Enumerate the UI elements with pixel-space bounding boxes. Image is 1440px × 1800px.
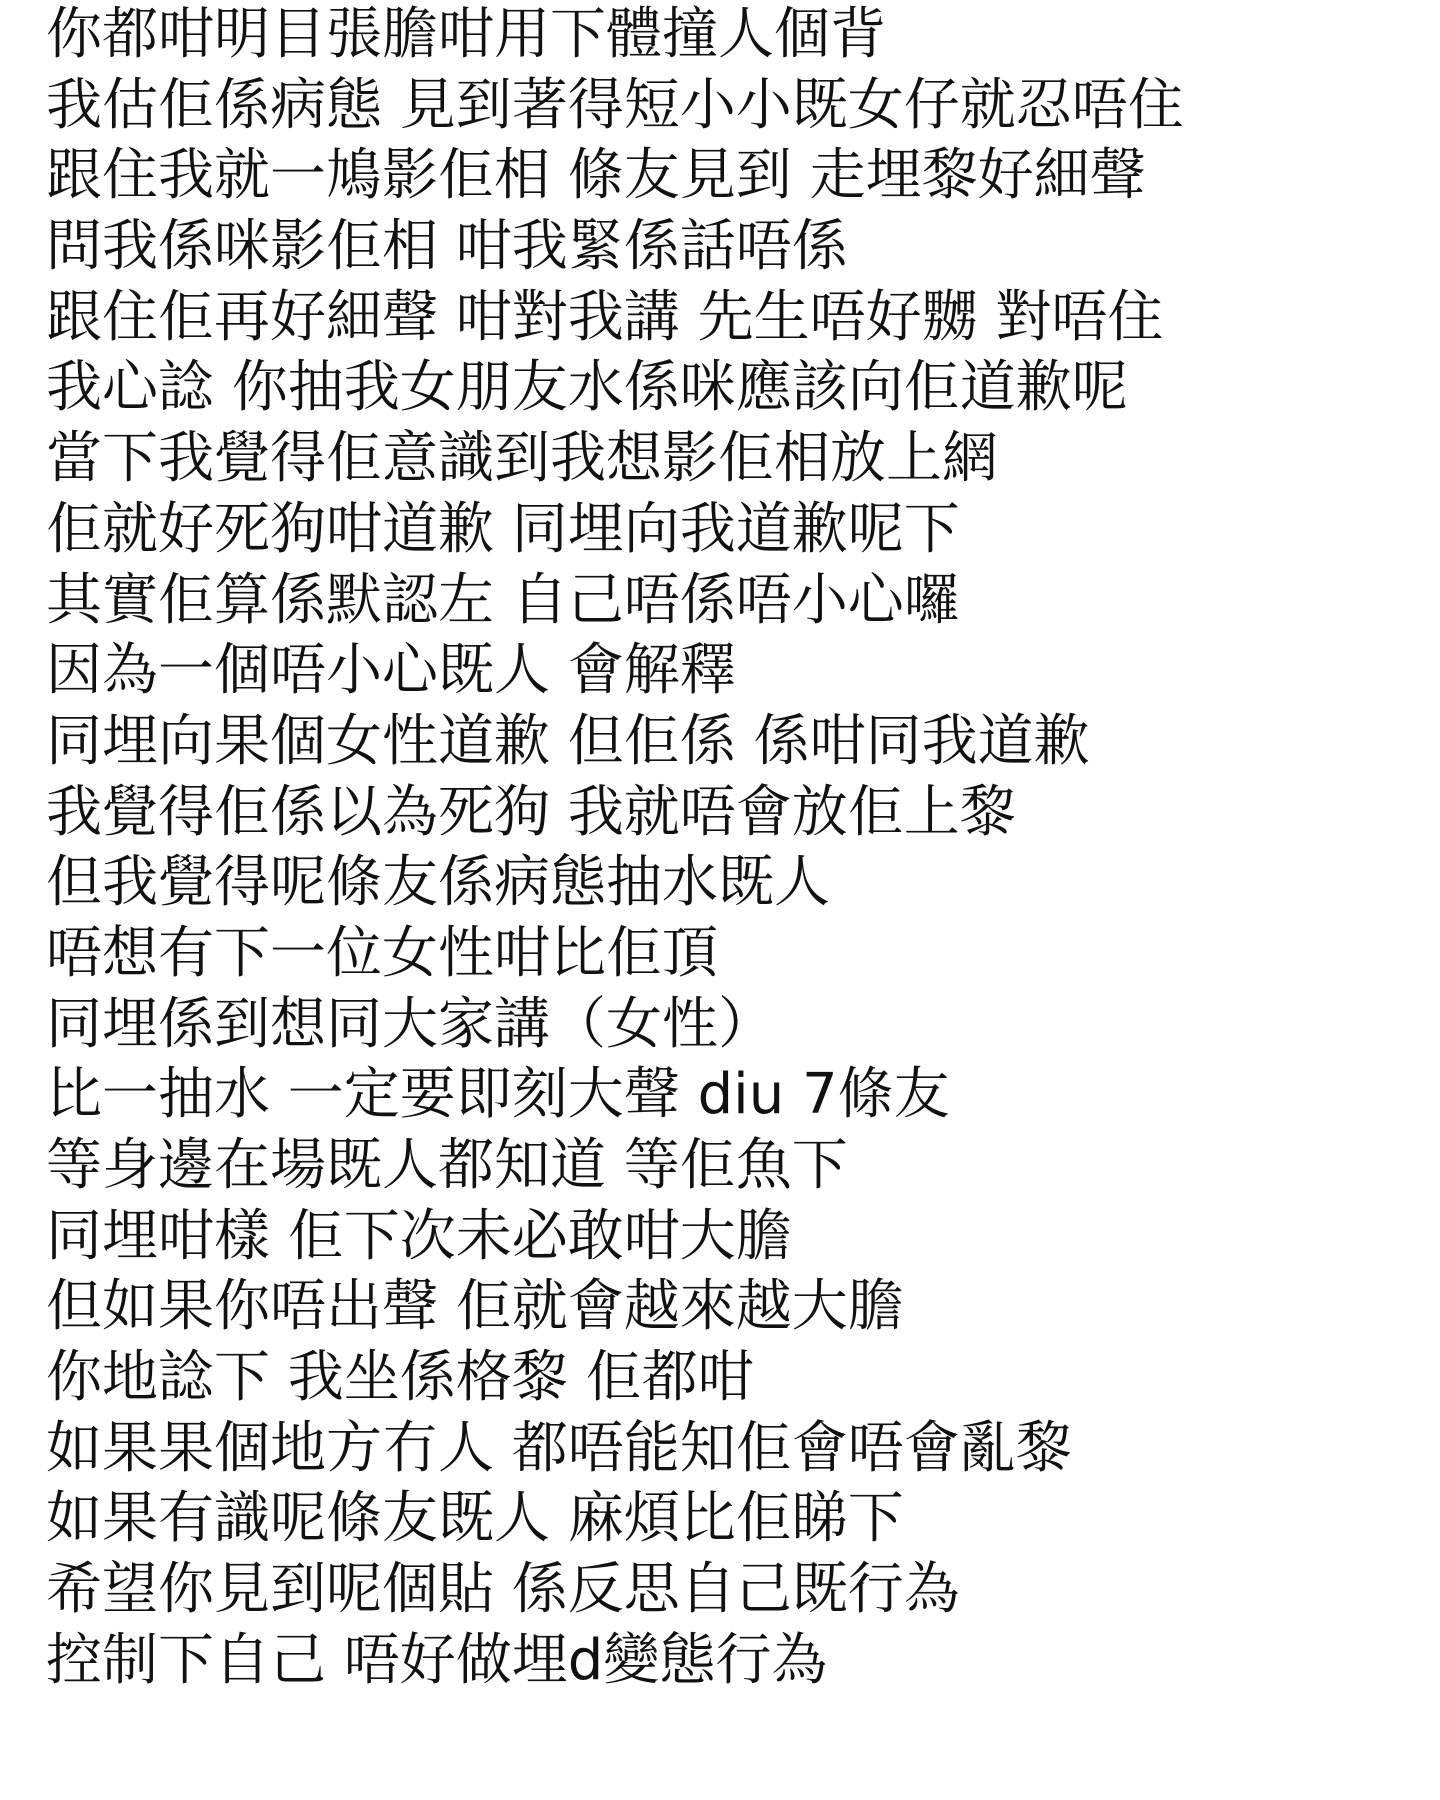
text-line-3: 跟住我就一鳩影佢相 條友見到 走埋黎好細聲 bbox=[46, 141, 1426, 212]
text-line-6: 我心諗 你抽我女朋友水係咪應該向佢道歉呢 bbox=[46, 353, 1426, 424]
text-line-20: 你地諗下 我坐係格黎 佢都咁 bbox=[46, 1343, 1426, 1414]
text-line-9: 其實佢算係默認左 自己唔係唔小心囉 bbox=[46, 566, 1426, 637]
text-line-24: 控制下自己 唔好做埋d變態行為 bbox=[46, 1626, 1426, 1697]
text-line-15: 同埋係到想同大家講（女性） bbox=[46, 990, 1426, 1061]
text-line-13: 但我覺得呢條友係病態抽水既人 bbox=[46, 848, 1426, 919]
text-line-7: 當下我覺得佢意識到我想影佢相放上網 bbox=[46, 424, 1426, 495]
text-line-19: 但如果你唔出聲 佢就會越來越大膽 bbox=[46, 1272, 1426, 1343]
text-line-21: 如果果個地方冇人 都唔能知佢會唔會亂黎 bbox=[46, 1414, 1426, 1485]
text-line-14: 唔想有下一位女性咁比佢頂 bbox=[46, 919, 1426, 990]
text-line-5: 跟住佢再好細聲 咁對我講 先生唔好嬲 對唔住 bbox=[46, 283, 1426, 354]
text-line-8: 佢就好死狗咁道歉 同埋向我道歉呢下 bbox=[46, 495, 1426, 566]
post-text-body: 你都咁明目張膽咁用下體撞人個背 我估佢係病態 見到著得短小小既女仔就忍唔住 跟住… bbox=[46, 0, 1426, 1697]
text-line-22: 如果有識呢條友既人 麻煩比佢睇下 bbox=[46, 1484, 1426, 1555]
text-line-18: 同埋咁樣 佢下次未必敢咁大膽 bbox=[46, 1202, 1426, 1273]
text-line-16: 比一抽水 一定要即刻大聲 diu 7條友 bbox=[46, 1060, 1426, 1131]
text-line-2: 我估佢係病態 見到著得短小小既女仔就忍唔住 bbox=[46, 71, 1426, 142]
text-line-4: 問我係咪影佢相 咁我緊係話唔係 bbox=[46, 212, 1426, 283]
text-line-1: 你都咁明目張膽咁用下體撞人個背 bbox=[46, 0, 1426, 71]
text-line-12: 我覺得佢係以為死狗 我就唔會放佢上黎 bbox=[46, 778, 1426, 849]
text-line-11: 同埋向果個女性道歉 但佢係 係咁同我道歉 bbox=[46, 707, 1426, 778]
text-line-23: 希望你見到呢個貼 係反思自己既行為 bbox=[46, 1555, 1426, 1626]
text-line-10: 因為一個唔小心既人 會解釋 bbox=[46, 636, 1426, 707]
text-line-17: 等身邊在場既人都知道 等佢魚下 bbox=[46, 1131, 1426, 1202]
